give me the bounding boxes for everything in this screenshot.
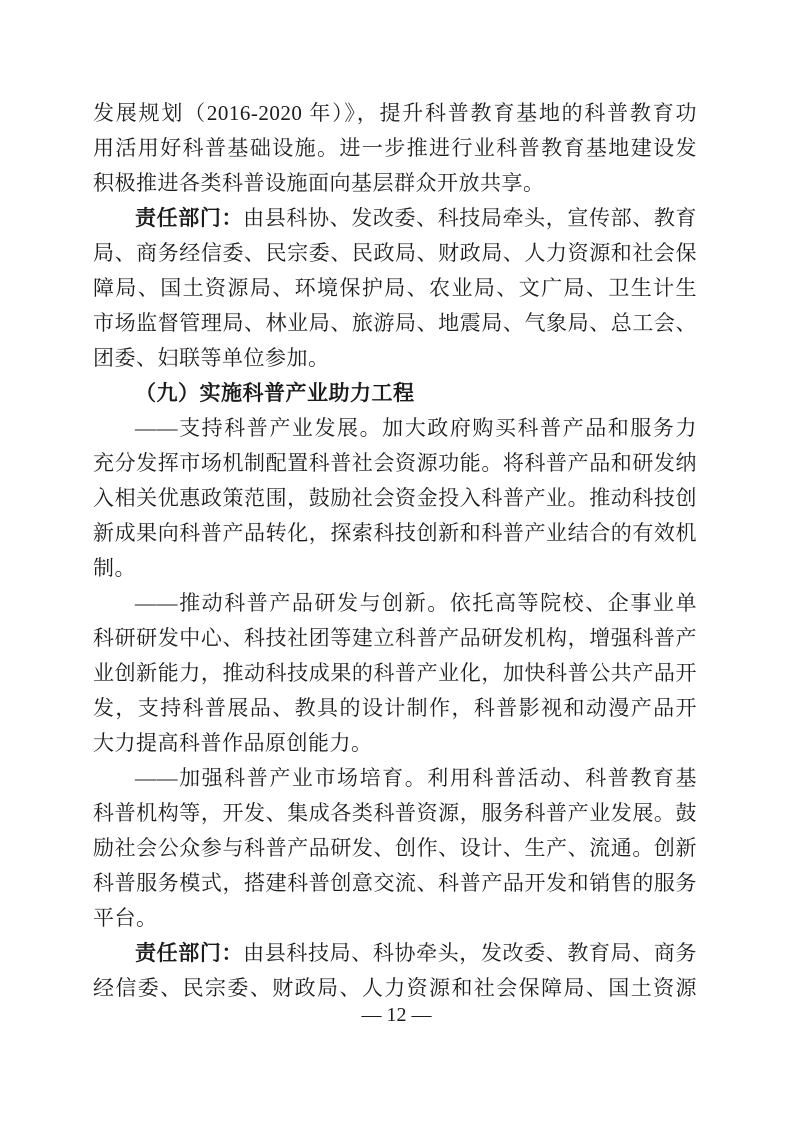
para-support-industry-line: 新成果向科普产品转化，探索科技创新和科普产业结合的有效机 — [93, 516, 697, 551]
text-segment: 励社会公众参与科普产品研发、创作、设计、生产、流通。创新 — [93, 836, 697, 860]
text-segment: 制。 — [93, 556, 136, 580]
para-support-industry-line: 制。 — [93, 551, 697, 586]
para-market-cultivation-line: 励社会公众参与科普产品研发、创作、设计、生产、流通。创新 — [93, 831, 697, 866]
text-segment: 大力提高科普作品原创能力。 — [93, 731, 373, 755]
text-segment: 积极推进各类科普设施面向基层群众开放共享。 — [93, 171, 545, 195]
para-responsibility-2-line: 责任部门：由县科技局、科协牵头，发改委、教育局、商务 — [93, 936, 697, 971]
text-segment: 发展规划（2016-2020 年）》，提升科普教育基地的科普教育功能， — [93, 101, 697, 131]
text-segment: 责任部门： — [135, 941, 243, 965]
document-body: 发展规划（2016-2020 年）》，提升科普教育基地的科普教育功能，用活用好科… — [93, 96, 697, 1006]
text-segment: 科研研发中心、科技社团等建立科普产品研发机构，增强科普产 — [93, 626, 697, 650]
text-segment: 入相关优惠政策范围，鼓励社会资金投入科普产业。推动科技创 — [93, 486, 697, 510]
text-segment: 责任部门： — [135, 206, 243, 230]
text-segment: 由县科技局、科协牵头，发改委、教育局、商务 — [243, 941, 697, 965]
para-continuation-line: 发展规划（2016-2020 年）》，提升科普教育基地的科普教育功能， — [93, 96, 697, 131]
para-support-industry-line: 充分发挥市场机制配置科普社会资源功能。将科普产品和研发纳 — [93, 446, 697, 481]
para-market-cultivation-line: 平台。 — [93, 901, 697, 936]
para-market-cultivation-line: 科普服务模式，搭建科普创意交流、科普产品开发和销售的服务 — [93, 866, 697, 901]
text-segment: 由县科协、发改委、科技局牵头，宣传部、教育 — [243, 206, 697, 230]
text-segment: 用活用好科普基础设施。进一步推进行业科普教育基地建设发展， — [93, 136, 697, 166]
text-segment: ——支持科普产业发展。加大政府购买科普产品和服务力度， — [93, 416, 697, 446]
para-support-industry-line: 入相关优惠政策范围，鼓励社会资金投入科普产业。推动科技创 — [93, 481, 697, 516]
para-responsibility-2-line: 经信委、民宗委、财政局、人力资源和社会保障局、国土资源局、 — [93, 971, 697, 1006]
para-rd-innovation-line: 科研研发中心、科技社团等建立科普产品研发机构，增强科普产 — [93, 621, 697, 656]
text-segment: 充分发挥市场机制配置科普社会资源功能。将科普产品和研发纳 — [93, 451, 697, 475]
para-responsibility-1-line: 团委、妇联等单位参加。 — [93, 341, 697, 376]
heading-section-nine-line: （九）实施科普产业助力工程 — [93, 376, 697, 411]
text-segment: 障局、国土资源局、环境保护局、农业局、文广局、卫生计生委、 — [93, 276, 697, 306]
para-rd-innovation-line: 发，支持科普展品、教具的设计制作，科普影视和动漫产品开发， — [93, 691, 697, 726]
para-market-cultivation-line: ——加强科普产业市场培育。利用科普活动、科普教育基地、 — [93, 761, 697, 796]
text-segment: 平台。 — [93, 906, 158, 930]
text-segment: 业创新能力，推动科技成果的科普产业化，加快科普公共产品开 — [93, 661, 697, 685]
page-footer: — 12 — — [0, 1002, 793, 1028]
text-segment: 团委、妇联等单位参加。 — [93, 346, 330, 370]
text-segment: 科普机构等，开发、集成各类科普资源，服务科普产业发展。鼓 — [93, 801, 697, 825]
text-segment: 局、商务经信委、民宗委、民政局、财政局、人力资源和社会保 — [93, 241, 697, 265]
text-segment: 发，支持科普展品、教具的设计制作，科普影视和动漫产品开发， — [93, 696, 697, 726]
text-segment: 新成果向科普产品转化，探索科技创新和科普产业结合的有效机 — [93, 521, 697, 545]
text-segment: （九）实施科普产业助力工程 — [135, 381, 415, 405]
para-responsibility-1-line: 市场监督管理局、林业局、旅游局、地震局、气象局、总工会、 — [93, 306, 697, 341]
para-market-cultivation-line: 科普机构等，开发、集成各类科普资源，服务科普产业发展。鼓 — [93, 796, 697, 831]
para-rd-innovation-line: 业创新能力，推动科技成果的科普产业化，加快科普公共产品开 — [93, 656, 697, 691]
para-rd-innovation-line: 大力提高科普作品原创能力。 — [93, 726, 697, 761]
text-segment: ——推动科普产品研发与创新。依托高等院校、企事业单位、 — [93, 591, 697, 621]
text-segment: ——加强科普产业市场培育。利用科普活动、科普教育基地、 — [93, 766, 697, 796]
para-responsibility-1-line: 责任部门：由县科协、发改委、科技局牵头，宣传部、教育 — [93, 201, 697, 236]
text-segment: 市场监督管理局、林业局、旅游局、地震局、气象局、总工会、 — [93, 311, 697, 335]
para-support-industry-line: ——支持科普产业发展。加大政府购买科普产品和服务力度， — [93, 411, 697, 446]
para-responsibility-1-line: 局、商务经信委、民宗委、民政局、财政局、人力资源和社会保 — [93, 236, 697, 271]
para-responsibility-1-line: 障局、国土资源局、环境保护局、农业局、文广局、卫生计生委、 — [93, 271, 697, 306]
page-number: — 12 — — [362, 1004, 432, 1026]
para-continuation-line: 积极推进各类科普设施面向基层群众开放共享。 — [93, 166, 697, 201]
para-rd-innovation-line: ——推动科普产品研发与创新。依托高等院校、企事业单位、 — [93, 586, 697, 621]
para-continuation-line: 用活用好科普基础设施。进一步推进行业科普教育基地建设发展， — [93, 131, 697, 166]
text-segment: 科普服务模式，搭建科普创意交流、科普产品开发和销售的服务 — [93, 871, 697, 895]
document-page: 发展规划（2016-2020 年）》，提升科普教育基地的科普教育功能，用活用好科… — [0, 0, 793, 1122]
